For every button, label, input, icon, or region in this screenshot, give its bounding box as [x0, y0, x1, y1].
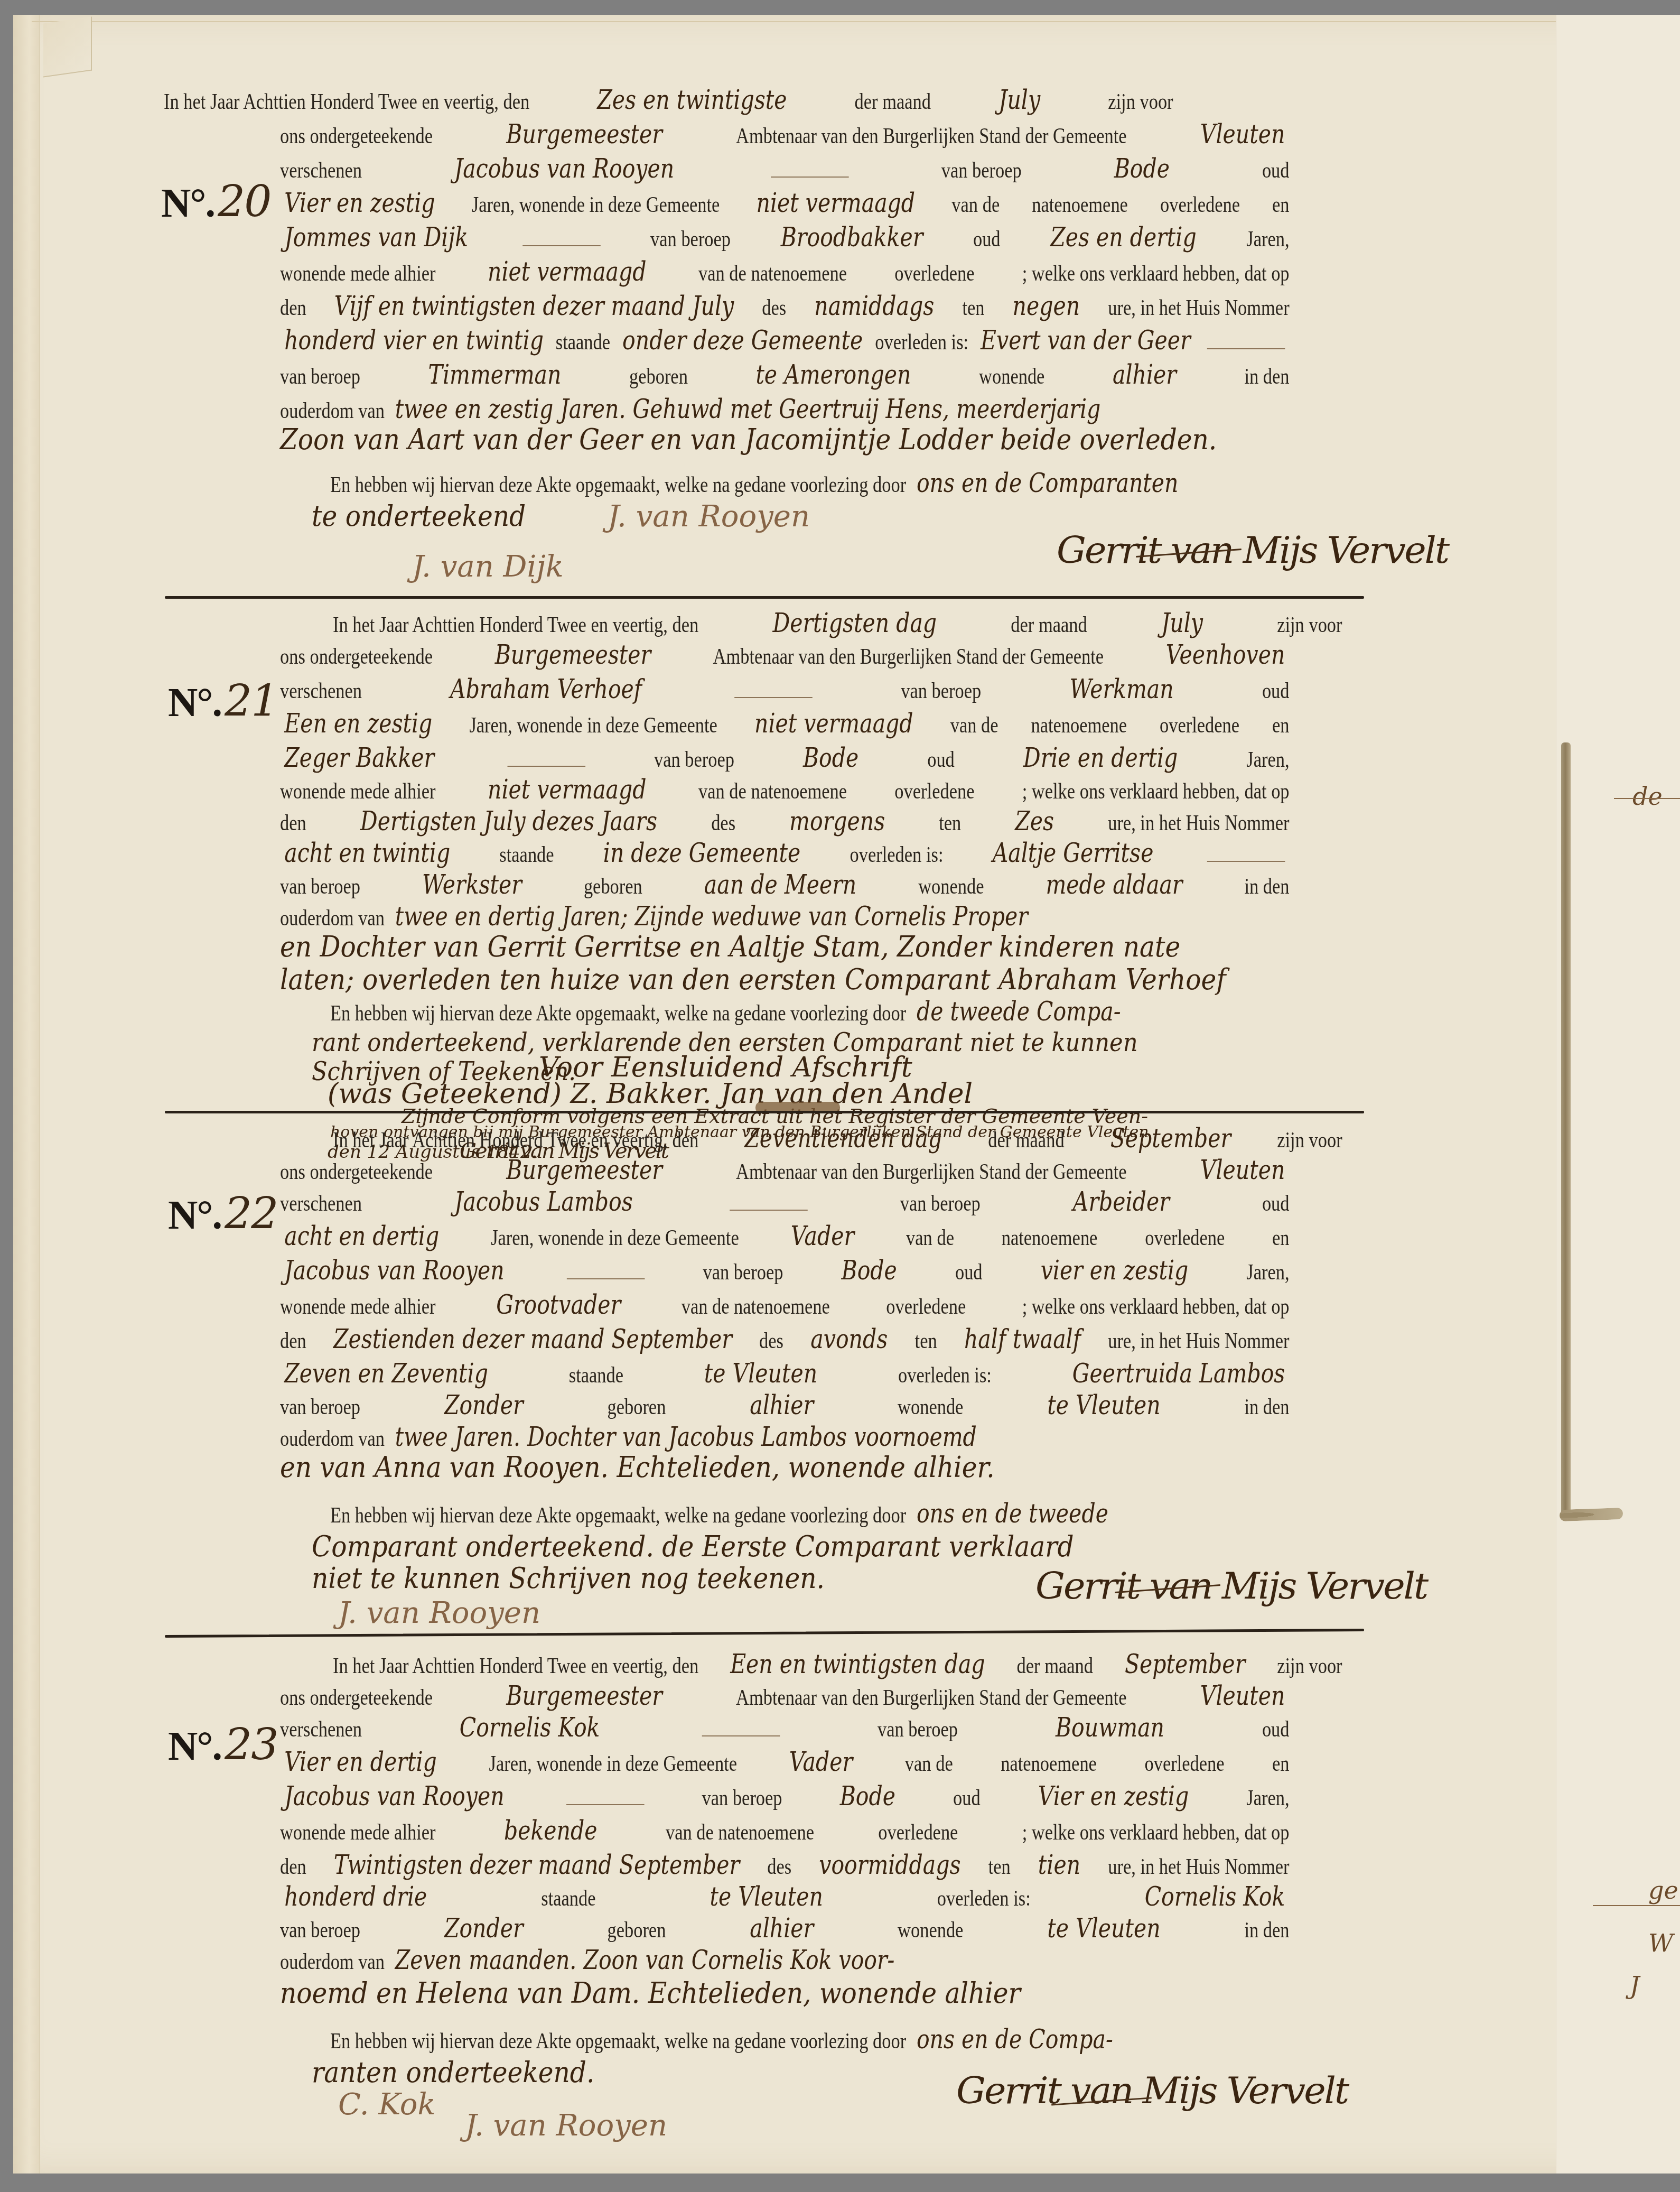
printed-text: den [280, 295, 306, 321]
record-line: wonende mede alhierbekendevan de natenoe… [280, 1815, 1290, 1852]
handwritten-entry: acht en twintig [280, 838, 454, 868]
printed-text: N°. [161, 180, 214, 226]
printed-text: 21 [225, 676, 277, 727]
printed-text: in den [1244, 364, 1289, 389]
printed-text: van de natenoemene [698, 779, 847, 804]
handwritten-entry: Bode [799, 742, 863, 773]
printed-text: Jaren, [1246, 1260, 1289, 1285]
handwritten-entry: Vier en zestig [1034, 1781, 1193, 1812]
printed-text: N°. [168, 1723, 221, 1769]
handwritten-closing: niet te kunnen Schrijven nog teekenen. [312, 1562, 825, 1595]
printed-text: ure, in het Huis Nommer [1108, 295, 1289, 321]
handwritten-entry: Burgemeester [490, 639, 655, 670]
folded-corner [43, 17, 92, 78]
printed-text: overledene [894, 261, 974, 286]
printed-text: oud [1262, 1717, 1290, 1742]
handwritten-entry: Zonder [440, 1913, 528, 1944]
signature-declarant: J. van Rooyen [465, 2109, 667, 2143]
handwritten-details: noemd en Helena van Dam. Echtelieden, wo… [280, 1976, 1388, 2010]
handwritten-entry: avonds [806, 1324, 892, 1354]
handwritten-entry: September [1121, 1649, 1250, 1679]
printed-text: van de [951, 192, 1000, 218]
printed-text: in den [1244, 1395, 1289, 1420]
handwritten-entry: vier en zestig [1036, 1255, 1192, 1286]
handwritten-details: Zoon van Aart van der Geer en van Jacomi… [280, 423, 1388, 456]
printed-text: in den [1244, 874, 1289, 899]
printed-text: oud [1262, 1191, 1290, 1216]
printed-text: der maand [1011, 612, 1087, 638]
printed-text: oud [953, 1786, 981, 1811]
record-number: N°.23 [168, 1720, 277, 1770]
handwritten-entry: Jommes van Dijk [280, 222, 472, 253]
printed-text: N°. [168, 679, 221, 725]
handwritten-entry: Twintigsten dezer maand September [330, 1850, 744, 1880]
handwritten-entry: Vader [785, 1747, 857, 1777]
fill-dash [566, 1804, 645, 1805]
printed-text: geboren [584, 874, 642, 899]
printed-text: verschenen [280, 1191, 362, 1216]
printed-text: wonende [979, 364, 1044, 389]
printed-text: Ambtenaar van den Burgerlijken Stand der… [713, 644, 1104, 670]
facing-page-fragment: W [1648, 1929, 1673, 1957]
handwritten-entry: Zes en twintigste [593, 85, 791, 115]
handwritten-entry: honderd vier en twintig [280, 325, 548, 356]
printed-text: van beroep [941, 158, 1022, 183]
printed-text: in den [1244, 1918, 1289, 1943]
printed-text: van beroep [280, 364, 360, 389]
fill-dash [730, 1210, 808, 1211]
handwritten-entry: Jacobus Lambos [450, 1186, 637, 1217]
printed-text: ure, in het Huis Nommer [1108, 1854, 1289, 1880]
printed-text: In het Jaar Achttien Honderd Twee en vee… [333, 1654, 698, 1679]
fill-dash [702, 1735, 780, 1736]
printed-text: verschenen [280, 679, 362, 704]
handwritten-entry: niet vermaagd [750, 708, 918, 739]
record-line: verschenenJacobus Lambosvan beroepArbeid… [280, 1186, 1290, 1223]
handwritten-entry: Timmerman [424, 359, 565, 390]
handwritten-entry: te Amerongen [751, 359, 916, 390]
handwritten-entry: Jacobus van Rooyen [280, 1781, 509, 1812]
handwritten-entry: Veenhoven [1161, 639, 1289, 670]
handwritten-details: en van Anna van Rooyen. Echtelieden, won… [280, 1451, 1388, 1484]
printed-text: ouderdom van [280, 398, 385, 424]
printed-text: ure, in het Huis Nommer [1108, 811, 1289, 836]
record-line: In het Jaar Achttien Honderd Twee en vee… [164, 85, 1173, 122]
printed-text: en [1272, 713, 1290, 738]
fill-dash [734, 697, 813, 698]
handwritten-entry: Vleuten [1196, 1155, 1290, 1185]
printed-text: van beroep [901, 679, 981, 704]
handwritten-entry: Bode [835, 1781, 900, 1812]
printed-text: ouderdom van [280, 1426, 385, 1452]
printed-text: ure, in het Huis Nommer [1108, 1329, 1289, 1354]
handwritten-entry: morgens [785, 806, 890, 837]
printed-text: van beroep [280, 874, 360, 899]
handwritten-entry: honderd drie [280, 1881, 432, 1912]
printed-text: ons ondergeteekende [280, 124, 433, 149]
record-line: wonende mede alhierniet vermaagdvan de n… [280, 256, 1290, 293]
handwritten-entry: Zonder [440, 1390, 528, 1420]
printed-text: overledene [878, 1820, 958, 1845]
page-edge-stack [13, 15, 40, 2174]
handwritten-entry: Geertruida Lambos [1068, 1358, 1289, 1389]
printed-text: staande [541, 1886, 595, 1911]
printed-text: ; welke ons verklaard hebben, dat op [1022, 261, 1290, 286]
printed-text: Jaren, [1246, 227, 1289, 252]
facing-page-rule [1593, 1905, 1680, 1906]
handwritten-entry: onder deze Gemeente [618, 325, 867, 356]
printed-text: Jaren, wonende in deze Gemeente [472, 192, 720, 218]
printed-text: van beroep [280, 1395, 360, 1420]
record-line: denVijf en twintigsten dezer maand Julyd… [280, 291, 1290, 328]
printed-text: Ambtenaar van den Burgerlijken Stand der… [736, 1685, 1127, 1711]
printed-text: van de [906, 1225, 954, 1251]
printed-text: natenoemene [1001, 1751, 1097, 1777]
record-line: Jommes van Dijkvan beroepBroodbakkeroudZ… [280, 222, 1290, 259]
record-number: N°.22 [168, 1189, 277, 1239]
printed-text: ons ondergeteekende [280, 1159, 433, 1185]
printed-text: wonende mede alhier [280, 1294, 436, 1320]
fill-dash [522, 245, 601, 246]
handwritten-entry: Jacobus van Rooyen [450, 153, 679, 184]
printed-text: ten [915, 1329, 937, 1354]
printed-text: en [1272, 1225, 1290, 1251]
printed-text: zijn voor [1108, 89, 1173, 115]
record-divider [165, 1111, 1364, 1113]
signature-declarant: J. van Rooyen [608, 499, 810, 534]
printed-text: van beroep [878, 1717, 958, 1742]
handwritten-entry: te Vleuten [1043, 1390, 1165, 1420]
printed-text: In het Jaar Achttien Honderd Twee en vee… [333, 612, 698, 638]
printed-text: overledene [886, 1294, 966, 1320]
printed-text: van de [905, 1751, 953, 1777]
handwritten-entry: Vleuten [1196, 119, 1290, 150]
printed-text: van de natenoemene [698, 261, 847, 286]
record-line: Vier en dertigJaren, wonende in deze Gem… [280, 1747, 1290, 1784]
printed-text: overledene [1145, 1225, 1225, 1251]
handwritten-entry: voormiddags [815, 1850, 965, 1880]
handwritten-entry: Vier en zestig [280, 188, 440, 218]
printed-text: Jaren, [1246, 1786, 1289, 1811]
printed-text: Ambtenaar van den Burgerlijken Stand der… [736, 124, 1127, 149]
handwritten-entry: acht en dertig [280, 1221, 443, 1251]
fill-dash [1207, 861, 1285, 862]
handwritten-entry: te Vleuten [700, 1358, 822, 1389]
printed-text: van beroep [654, 747, 734, 773]
handwritten-entry: Werkster [418, 869, 526, 900]
printed-text: staande [556, 330, 610, 355]
page-top-edge [32, 15, 1680, 22]
printed-text: wonende mede alhier [280, 261, 436, 286]
printed-text: verschenen [280, 158, 362, 183]
printed-text: van de natenoemene [666, 1820, 814, 1845]
record-line: Een en zestigJaren, wonende in deze Geme… [280, 708, 1290, 745]
handwritten-entry: niet vermaagd [752, 188, 919, 218]
record-number: N°.20 [161, 177, 270, 227]
printed-text: oud [1262, 158, 1290, 183]
record-line: Jacobus van Rooyenvan beroepBodeoudvier … [280, 1255, 1290, 1292]
signature-official: Gerrit van Mijs Vervelt [1057, 528, 1448, 572]
record-line: verschenenJacobus van Rooyenvan beroepBo… [280, 153, 1290, 190]
printed-text: overledene [1160, 713, 1239, 738]
handwritten-closing: Comparant onderteekend. de Eerste Compar… [312, 1530, 1420, 1563]
printed-text: overledene [1144, 1751, 1224, 1777]
fill-dash [567, 1278, 645, 1279]
handwritten-entry: Drie en dertig [1019, 742, 1182, 773]
handwritten-closing: ranten onderteekend. [312, 2056, 594, 2089]
printed-text: En hebben wij hiervan deze Akte opgemaak… [330, 472, 906, 498]
handwritten-entry: Zeven maanden. Zoon van Cornelis Kok voo… [390, 1945, 899, 1975]
fill-dash [1207, 348, 1285, 349]
printed-text: En hebben wij hiervan deze Akte opgemaak… [330, 1503, 906, 1528]
handwritten-entry: Werkman [1065, 674, 1178, 704]
printed-text: wonende mede alhier [280, 779, 436, 804]
binding-cord [1561, 742, 1571, 1517]
printed-text: wonende [898, 1395, 963, 1420]
handwritten-entry: July [994, 85, 1045, 115]
record-line: denZestienden dezer maand Septemberdesav… [280, 1324, 1290, 1361]
printed-text: natenoemene [1032, 192, 1128, 218]
handwritten-entry: bekende [500, 1815, 602, 1846]
printed-text: ten [939, 811, 961, 836]
facing-page [1556, 15, 1680, 2174]
printed-text: des [762, 295, 786, 321]
printed-text: En hebben wij hiervan deze Akte opgemaak… [330, 1001, 906, 1026]
printed-text: 23 [225, 1720, 277, 1770]
printed-text: des [711, 811, 735, 836]
printed-text: oud [955, 1260, 983, 1285]
printed-text: overledene [894, 779, 974, 804]
handwritten-entry: Bode [837, 1255, 901, 1286]
printed-text: oud [927, 747, 955, 773]
printed-text: geboren [629, 364, 688, 389]
facing-page-fragment: ge [1648, 1876, 1678, 1905]
handwritten-entry: Vleuten [1196, 1680, 1290, 1711]
handwritten-entry: Dertigsten July dezes Jaars [356, 806, 662, 837]
printed-text: geboren [607, 1918, 666, 1943]
handwritten-entry: Dertigsten dag [768, 608, 941, 638]
handwritten-entry: Zes en dertig [1046, 222, 1201, 253]
printed-text: den [280, 1329, 306, 1354]
handwritten-entry: Zeger Bakker [280, 742, 438, 773]
facing-page-rule [1614, 798, 1680, 799]
handwritten-entry: ons en de Compa- [912, 2024, 1117, 2055]
handwritten-entry: Aaltje Gerritse [988, 838, 1158, 868]
handwritten-entry: niet vermaagd [483, 256, 651, 287]
printed-text: N°. [168, 1192, 221, 1238]
handwritten-entry: tien [1034, 1850, 1085, 1880]
record-line: verschenenCornelis Kokvan beroepBouwmano… [280, 1712, 1290, 1749]
printed-text: Ambtenaar van den Burgerlijken Stand der… [736, 1159, 1127, 1185]
printed-text: der maand [855, 89, 931, 115]
handwritten-entry: Vader [786, 1221, 858, 1251]
printed-text: van de [950, 713, 998, 738]
handwritten-entry: mede aldaar [1041, 869, 1187, 900]
printed-text: staande [569, 1363, 623, 1388]
printed-text: Jaren, wonende in deze Gemeente [469, 713, 717, 738]
printed-text: 22 [225, 1189, 277, 1239]
printed-text: der maand [1017, 1654, 1093, 1679]
record-line: acht en dertigJaren, wonende in deze Gem… [280, 1221, 1290, 1258]
printed-text: van beroep [900, 1191, 981, 1216]
printed-text: verschenen [280, 1717, 362, 1742]
printed-text: ; welke ons verklaard hebben, dat op [1022, 779, 1290, 804]
printed-text: zijn voor [1277, 1654, 1342, 1679]
printed-text: In het Jaar Achttien Honderd Twee en vee… [333, 1128, 698, 1153]
printed-text: van beroep [702, 1786, 782, 1811]
printed-text: geboren [607, 1395, 666, 1420]
handwritten-entry: negen [1008, 291, 1084, 321]
printed-text: ten [962, 295, 984, 321]
printed-text: natenoemene [1002, 1225, 1098, 1251]
printed-text: wonende [918, 874, 984, 899]
handwritten-entry: Grootvader [492, 1289, 625, 1320]
record-line: wonende mede alhierGrootvadervan de nate… [280, 1289, 1290, 1326]
record-line: verschenenAbraham Verhoefvan beroepWerkm… [280, 674, 1290, 711]
printed-text: ; welke ons verklaard hebben, dat op [1022, 1294, 1290, 1320]
record-line: Vier en zestigJaren, wonende in deze Gem… [280, 188, 1290, 225]
printed-text: ouderdom van [280, 1949, 385, 1975]
fill-dash [771, 177, 849, 178]
handwritten-entry: Broodbakker [777, 222, 928, 253]
handwritten-entry: de tweede Compa- [912, 996, 1125, 1027]
handwritten-entry: twee Jaren. Dochter van Jacobus Lambos v… [390, 1422, 981, 1452]
handwritten-entry: niet vermaagd [483, 774, 651, 805]
printed-text: ; welke ons verklaard hebben, dat op [1022, 1820, 1290, 1845]
record-number: N°.21 [168, 676, 277, 727]
printed-text: natenoemene [1031, 713, 1127, 738]
handwritten-entry: te Vleuten [1043, 1913, 1165, 1944]
handwritten-entry: Burgemeester [502, 119, 667, 150]
handwritten-entry: Zeven en Zeventig [280, 1358, 492, 1389]
printed-text: overleden is: [937, 1886, 1031, 1911]
printed-text: En hebben wij hiervan deze Akte opgemaak… [330, 2029, 906, 2054]
handwritten-entry: Burgemeester [502, 1680, 667, 1711]
handwritten-entry: Arbeider [1069, 1186, 1174, 1217]
handwritten-entry: Vier en dertig [280, 1747, 441, 1777]
printed-text: Jaren, [1246, 747, 1289, 773]
printed-text: den [280, 1854, 306, 1880]
printed-text: 20 [218, 177, 270, 227]
handwritten-entry: ons en de tweede [912, 1498, 1113, 1529]
printed-text: overleden is: [850, 842, 944, 868]
printed-text: overledene [1160, 192, 1240, 218]
printed-text: oud [973, 227, 1001, 252]
fill-dash [507, 766, 585, 767]
handwritten-closing: te onderteekend [312, 499, 1420, 533]
printed-text: ons ondergeteekende [280, 1685, 433, 1711]
handwritten-entry: twee en dertig Jaren; Zijnde weduwe van … [390, 901, 1032, 932]
printed-text: van de natenoemene [682, 1294, 830, 1320]
printed-text: en [1272, 1751, 1290, 1777]
printed-text: oud [1262, 679, 1290, 704]
printed-text: overleden is: [898, 1363, 992, 1388]
handwritten-details: laten; overleden ten huize van den eerst… [280, 963, 1388, 996]
binding-cord-knot [1560, 1508, 1623, 1521]
printed-text: zijn voor [1277, 1128, 1342, 1153]
handwritten-entry: te Vleuten [705, 1881, 827, 1912]
printed-text: den [280, 811, 306, 836]
handwritten-entry: Burgemeester [502, 1155, 667, 1185]
signature-declarant: C. Kok [338, 2087, 435, 2122]
signature-official: Gerrit van Mijs Vervelt [956, 2069, 1348, 2112]
printed-text: ons ondergeteekende [280, 644, 433, 670]
handwritten-entry: September [1106, 1123, 1236, 1154]
printed-text: en [1272, 192, 1290, 218]
handwritten-entry: Zeventienden dag [740, 1123, 946, 1154]
handwritten-entry: Cornelis Kok [455, 1712, 604, 1743]
facing-page-fragment: J [1630, 1971, 1639, 2000]
handwritten-entry: Jacobus van Rooyen [280, 1255, 509, 1286]
printed-text: staande [499, 842, 554, 868]
record-line: honderd vier en twintigstaandeonder deze… [280, 325, 1290, 362]
handwritten-entry: ons en de Comparanten [912, 468, 1183, 498]
record-line: ons ondergeteekendeBurgemeesterAmbtenaar… [280, 119, 1290, 156]
record-line: Jacobus van Rooyenvan beroepBodeoudVier … [280, 1781, 1290, 1818]
printed-text: zijn voor [1277, 612, 1342, 638]
handwritten-entry: Vijf en twintigsten dezer maand July [330, 291, 739, 321]
handwritten-entry: alhier [745, 1390, 818, 1420]
printed-text: ouderdom van [280, 906, 385, 931]
record-line: van beroepTimmermangeborente Amerongenwo… [280, 359, 1290, 396]
handwritten-entry: aan de Meern [700, 869, 861, 900]
facing-page-fragment: de [1632, 782, 1663, 811]
printed-text: wonende [898, 1918, 963, 1943]
handwritten-entry: Zestienden dezer maand September [329, 1324, 736, 1354]
handwritten-entry: Abraham Verhoef [446, 674, 646, 704]
handwritten-entry: Een en zestig [280, 708, 436, 739]
handwritten-entry: Zes [1011, 806, 1058, 837]
printed-text: van beroep [280, 1918, 360, 1943]
handwritten-entry: Cornelis Kok [1141, 1881, 1290, 1912]
printed-text: wonende mede alhier [280, 1820, 436, 1845]
printed-text: ten [988, 1854, 1011, 1880]
record-line: ons ondergeteekendeBurgemeesterAmbtenaar… [280, 639, 1290, 676]
handwritten-entry: July [1157, 608, 1208, 638]
printed-text: Jaren, wonende in deze Gemeente [491, 1225, 739, 1251]
handwritten-entry: in deze Gemeente [599, 838, 805, 868]
printed-text: Jaren, wonende in deze Gemeente [489, 1751, 737, 1777]
record-divider [165, 596, 1364, 599]
printed-text: overleden is: [875, 330, 968, 355]
printed-text: van beroep [703, 1260, 783, 1285]
handwritten-entry: Evert van der Geer [976, 325, 1195, 356]
handwritten-entry: Bouwman [1051, 1712, 1169, 1743]
handwritten-entry: twee en zestig Jaren. Gehuwd met Geertru… [390, 394, 1105, 424]
printed-text: des [767, 1854, 791, 1880]
handwritten-entry: namiddags [810, 291, 938, 321]
signature-official: Gerrit van Mijs Vervelt [1035, 1564, 1427, 1608]
handwritten-entry: Een en twintigsten dag [726, 1649, 990, 1679]
handwritten-entry: alhier [745, 1913, 818, 1944]
handwritten-details: en Dochter van Gerrit Gerritse en Aaltje… [280, 930, 1388, 963]
signature-declarant: J. van Rooyen [338, 1596, 540, 1630]
handwritten-entry: alhier [1108, 359, 1181, 390]
printed-text: van beroep [650, 227, 731, 252]
handwritten-entry: Bode [1109, 153, 1174, 184]
handwritten-entry: half twaalf [960, 1324, 1085, 1354]
signature-declarant: J. van Dijk [412, 550, 564, 584]
printed-text: In het Jaar Achttien Honderd Twee en vee… [164, 89, 529, 115]
printed-text: des [759, 1329, 783, 1354]
printed-text: der maand [988, 1128, 1064, 1153]
